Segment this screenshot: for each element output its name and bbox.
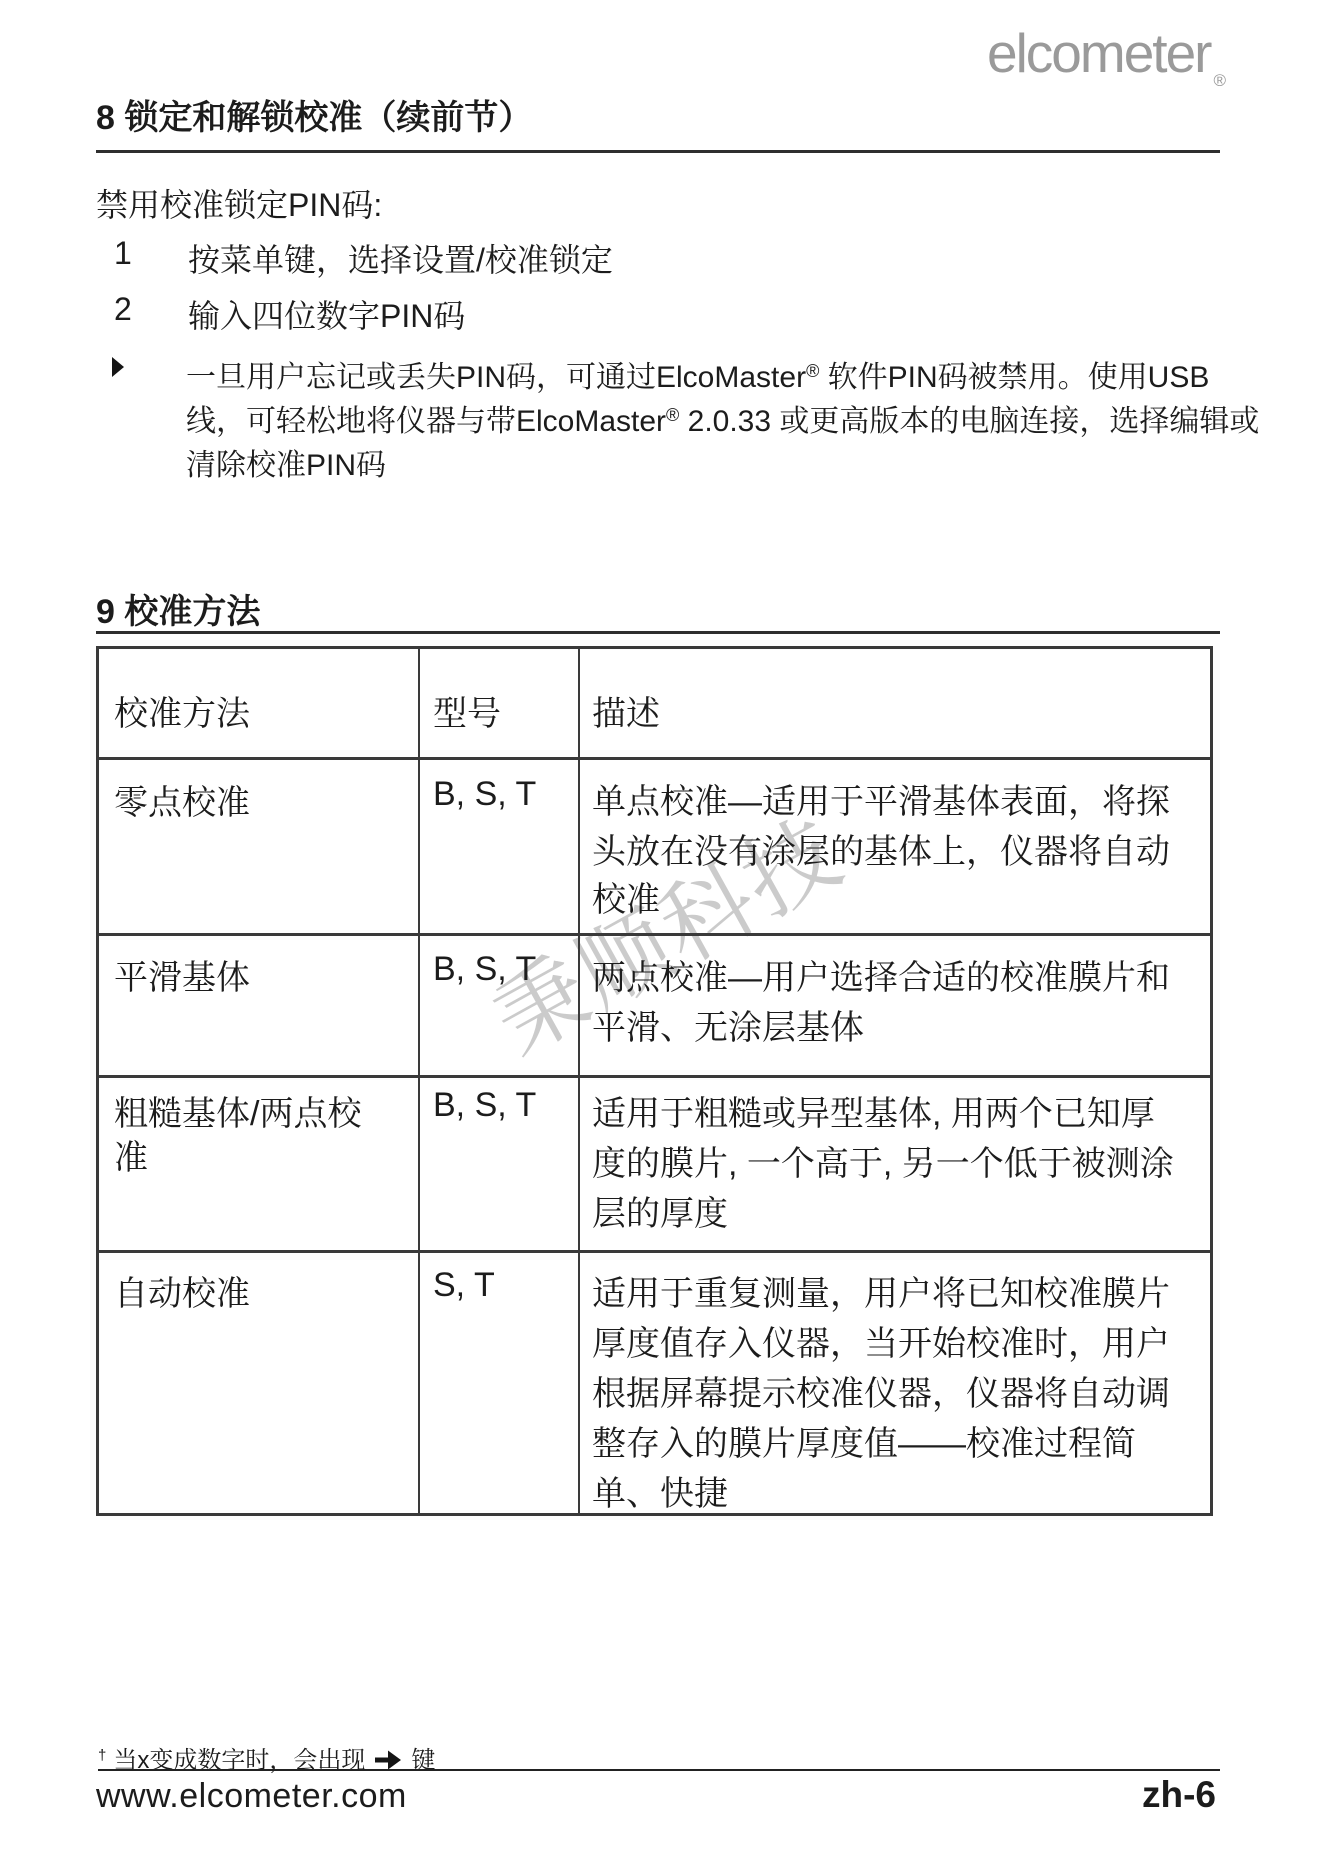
elcometer-logo: elcometer® — [987, 26, 1223, 81]
note-line-1-cont: 软件PIN码被禁用。使用USB — [819, 361, 1209, 394]
table-row-desc-line: 校准 — [592, 872, 660, 921]
note-line-2-text: 线，可轻松地将仪器与带ElcoMaster — [186, 405, 666, 438]
table-row-divider-3 — [96, 1250, 1213, 1253]
table-row-desc-line: 整存入的膜片厚度值——校准过程简 — [592, 1416, 1136, 1465]
table-row-divider-2 — [96, 1075, 1213, 1078]
table-row-method: 零点校准 — [114, 775, 250, 824]
table-row-method: 自动校准 — [114, 1266, 250, 1315]
table-row-models: B, S, T — [433, 950, 536, 989]
table-row-desc-line: 头放在没有涂层的基体上，仪器将自动 — [592, 824, 1170, 873]
registered-trademark-icon: ® — [806, 361, 819, 381]
table-row-desc-line: 单、快捷 — [592, 1466, 728, 1515]
table-column-divider-2 — [578, 646, 580, 1516]
table-row-desc-line: 根据屏幕提示校准仪器，仪器将自动调 — [592, 1366, 1170, 1415]
note-line-1: 一旦用户忘记或丢失PIN码，可通过ElcoMaster® 软件PIN码被禁用。使… — [186, 352, 1209, 396]
table-row-desc-line: 单点校准—适用于平滑基体表面，将探 — [592, 774, 1170, 823]
table-row-method: 平滑基体 — [114, 950, 250, 999]
table-row-divider-header — [96, 757, 1213, 760]
section-8-rule — [96, 150, 1220, 153]
table-row-desc-line: 两点校准—用户选择合适的校准膜片和 — [592, 950, 1170, 999]
footer-rule — [98, 1769, 1220, 1771]
page-number: zh-6 — [1142, 1774, 1216, 1816]
step-2-text: 输入四位数字PIN码 — [188, 291, 465, 337]
dagger-icon: † — [98, 1747, 106, 1764]
table-row-models: S, T — [433, 1266, 495, 1305]
table-header-description: 描述 — [592, 686, 660, 735]
table-header-method: 校准方法 — [114, 686, 250, 735]
section-8-intro: 禁用校准锁定PIN码: — [96, 180, 382, 226]
note-line-2-cont: 2.0.33 或更高版本的电脑连接，选择编辑或 — [679, 405, 1259, 438]
arrow-right-icon — [374, 1749, 402, 1771]
section-9-rule — [96, 631, 1220, 634]
table-row-method: 粗糙基体/两点校 — [114, 1086, 361, 1135]
section-8-heading: 8 锁定和解锁校准（续前节） — [96, 98, 532, 139]
registered-trademark-icon: ® — [1213, 71, 1226, 90]
table-row-desc-line: 平滑、无涂层基体 — [592, 1000, 864, 1049]
note-line-1-text: 一旦用户忘记或丢失PIN码，可通过ElcoMaster — [186, 361, 806, 394]
table-row-desc-line: 厚度值存入仪器，当开始校准时，用户 — [592, 1316, 1170, 1365]
website-text: www.elcometer.com — [96, 1777, 407, 1816]
right-triangle-icon — [112, 357, 124, 377]
section-9-heading: 9 校准方法 — [96, 592, 260, 633]
logo-text: elcometer — [987, 22, 1210, 84]
table-row-models: B, S, T — [433, 775, 536, 814]
table-row-desc-line: 适用于重复测量，用户将已知校准膜片 — [592, 1266, 1170, 1315]
step-1-number: 1 — [114, 235, 132, 272]
note-line-3: 清除校准PIN码 — [186, 440, 386, 484]
step-1-text: 按菜单键，选择设置/校准锁定 — [188, 235, 613, 281]
table-column-divider-1 — [418, 646, 420, 1516]
table-row-method-line-2: 准 — [114, 1130, 148, 1179]
table-row-desc-line: 适用于粗糙或异型基体, 用两个已知厚 — [592, 1086, 1155, 1135]
table-header-models: 型号 — [433, 686, 501, 735]
table-row-models: B, S, T — [433, 1086, 536, 1125]
step-2-number: 2 — [114, 291, 132, 328]
note-line-2: 线，可轻松地将仪器与带ElcoMaster® 2.0.33 或更高版本的电脑连接… — [186, 396, 1259, 440]
table-row-divider-1 — [96, 933, 1213, 936]
table-row-desc-line: 度的膜片, 一个高于, 另一个低于被测涂 — [592, 1136, 1174, 1185]
table-row-desc-line: 层的厚度 — [592, 1186, 728, 1235]
manual-page: 秉顺科技 elcometer® 8 锁定和解锁校准（续前节） 禁用校准锁定PIN… — [0, 0, 1323, 1871]
registered-trademark-icon: ® — [666, 405, 679, 425]
